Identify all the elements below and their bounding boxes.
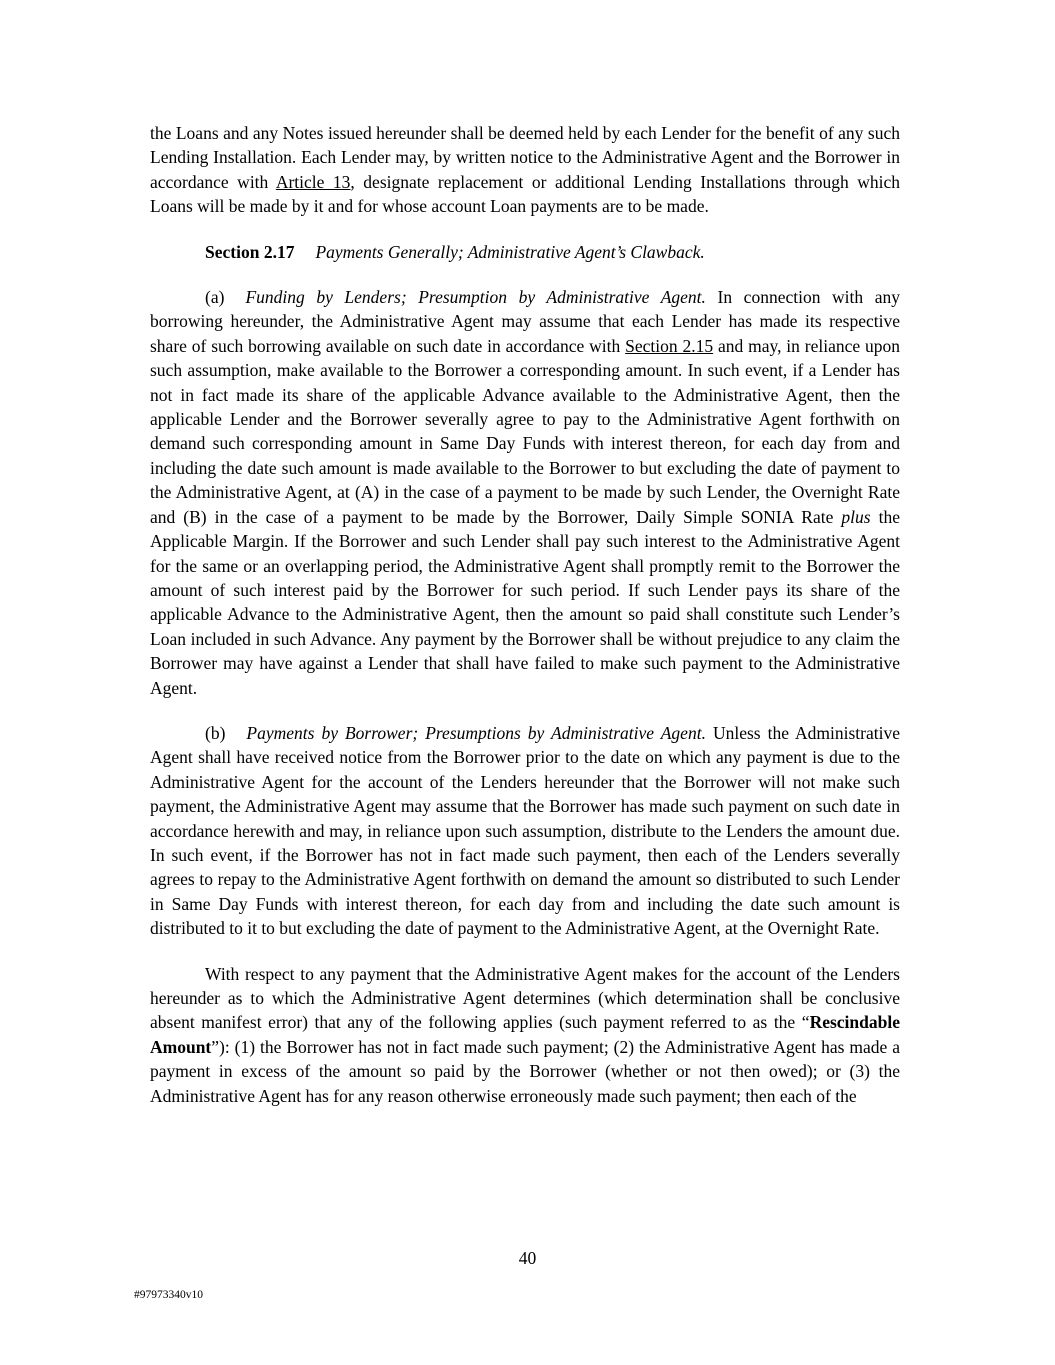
paragraph-continuation: the Loans and any Notes issued hereunder… <box>150 121 900 219</box>
text-run: and may, in reliance upon such assumptio… <box>150 336 900 527</box>
paragraph-b: (b)Payments by Borrower; Presumptions by… <box>150 721 900 941</box>
section-title: Payments Generally; Administrative Agent… <box>315 242 704 262</box>
text-run: ”): (1) the Borrower has not in fact mad… <box>150 1037 900 1106</box>
clause-title-b: Payments by Borrower; Presumptions by Ad… <box>246 723 706 743</box>
document-id-stamp: #97973340v10 <box>134 1288 203 1302</box>
clause-label-b: (b) <box>205 723 225 743</box>
cross-reference-section-2-15: Section 2.15 <box>625 336 713 356</box>
paragraph-a: (a)Funding by Lenders; Presumption by Ad… <box>150 285 900 700</box>
text-run: the Applicable Margin. If the Borrower a… <box>150 507 900 698</box>
paragraph-rescindable: With respect to any payment that the Adm… <box>150 962 900 1108</box>
section-number: Section 2.17 <box>205 242 294 262</box>
document-body: the Loans and any Notes issued hereunder… <box>150 121 900 1108</box>
page-number: 40 <box>0 1246 1055 1270</box>
section-heading: Section 2.17Payments Generally; Administ… <box>150 240 900 264</box>
text-run: plus <box>841 507 870 527</box>
text-run: With respect to any payment that the Adm… <box>150 964 900 1033</box>
document-page: the Loans and any Notes issued hereunder… <box>0 0 1055 1365</box>
clause-label-a: (a) <box>205 287 224 307</box>
cross-reference-article-13: Article 13 <box>276 172 351 192</box>
text-run: Unless the Administrative Agent shall ha… <box>150 723 900 938</box>
clause-title-a: Funding by Lenders; Presumption by Admin… <box>245 287 705 307</box>
